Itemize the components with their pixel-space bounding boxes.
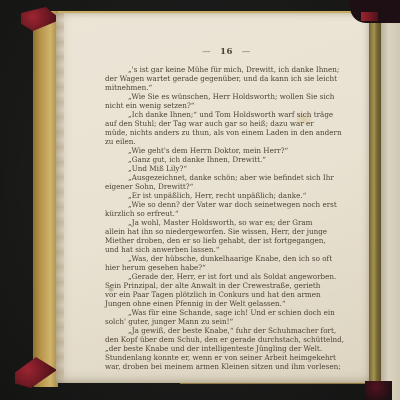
text-line: zu eilen. [105,137,355,146]
text-line: solch' guter, junger Mann zu sein!“ [105,317,355,326]
text-line: „Ausgezeichnet, danke schön; aber wie be… [105,173,355,182]
photo-background: —16— „'s ist gar keine Mühe für mich, Dr… [0,0,400,400]
text-line: „Ganz gut, ich danke Ihnen, Drewitt.“ [105,155,355,164]
text-line: „Gerade der, Herr, er ist fort und als S… [105,272,355,281]
text-line: „Ja gewiß, der beste Knabe,“ fuhr der Sc… [105,326,355,335]
text-line: „Er ist unpäßlich, Herr, recht unpäßlich… [105,191,355,200]
text-line: und hat sich anwerben lassen.“ [105,245,355,254]
text-line: mitnehmen.“ [105,83,355,92]
text-line: der Wagen wartet gerade gegenüber, und d… [105,74,355,83]
text-line: allein hat ihn so niedergeworfen. Sie wi… [105,227,355,236]
text-line: Miether droben, den er so lieb gehabt, d… [105,236,355,245]
text-line: war, droben bei meinem armen Kleinen sit… [105,362,355,371]
red-leather-corner-top-right [361,12,378,21]
text-line: „Ich danke Ihnen;“ und Tom Holdsworth wa… [105,110,355,119]
text-line: nicht ein wenig setzen?“ [105,101,355,110]
text-line: Sein Prinzipal, der alte Anwalt in der C… [105,281,355,290]
text-line: müde, nichts anders zu thun, als von ein… [105,128,355,137]
header-dash-right: — [242,47,251,57]
text-line: „Ja wohl, Master Holdsworth, so war es; … [105,218,355,227]
text-line: „Wie Sie es wünschen, Herr Holdsworth; w… [105,92,355,101]
text-line: „Was für eine Schande, sage ich! Und er … [105,308,355,317]
page-text: „'s ist gar keine Mühe für mich, Drewitt… [105,65,355,371]
text-line: vor ein Paar Tagen plötzlich in Conkurs … [105,290,355,299]
book-page: —16— „'s ist gar keine Mühe für mich, Dr… [56,13,369,383]
text-line: „Wie so denn? der Vater war doch seinetw… [105,200,355,209]
header-dash-left: — [202,47,211,57]
facing-page-edge [381,17,400,400]
red-leather-corner-bottom-right [365,381,392,400]
text-line: „Und Miß Lily?“ [105,164,355,173]
text-line: hier herum gesehen habe?“ [105,263,355,272]
text-line: kürzlich so erfreut.“ [105,209,355,218]
text-line: Jungen ohne einen Pfennig in der Welt ge… [105,299,355,308]
text-line: „Was, der hübsche, dunkelhaarige Knabe, … [105,254,355,263]
text-line: „Wie geht's dem Herrn Doktor, mein Herr?… [105,146,355,155]
text-line: eigener Sohn, Drewitt?“ [105,182,355,191]
text-line: „'s ist gar keine Mühe für mich, Drewitt… [105,65,355,74]
text-line: den Kopf über dem Schuh, den er gerade d… [105,335,355,344]
page-number: 16 [220,47,233,57]
page-inner-edge-crinkle [56,13,64,383]
text-line: „der beste Knabe und der intelligenteste… [105,344,355,353]
text-line: Stundenlang konnte er, wenn er von seine… [105,353,355,362]
book-cover-left-edge [33,11,58,387]
page-block-fore-edge [369,13,381,385]
text-line: auf den Stuhl; der Tag war auch gar so h… [105,119,355,128]
page-number-header: —16— [105,47,348,57]
